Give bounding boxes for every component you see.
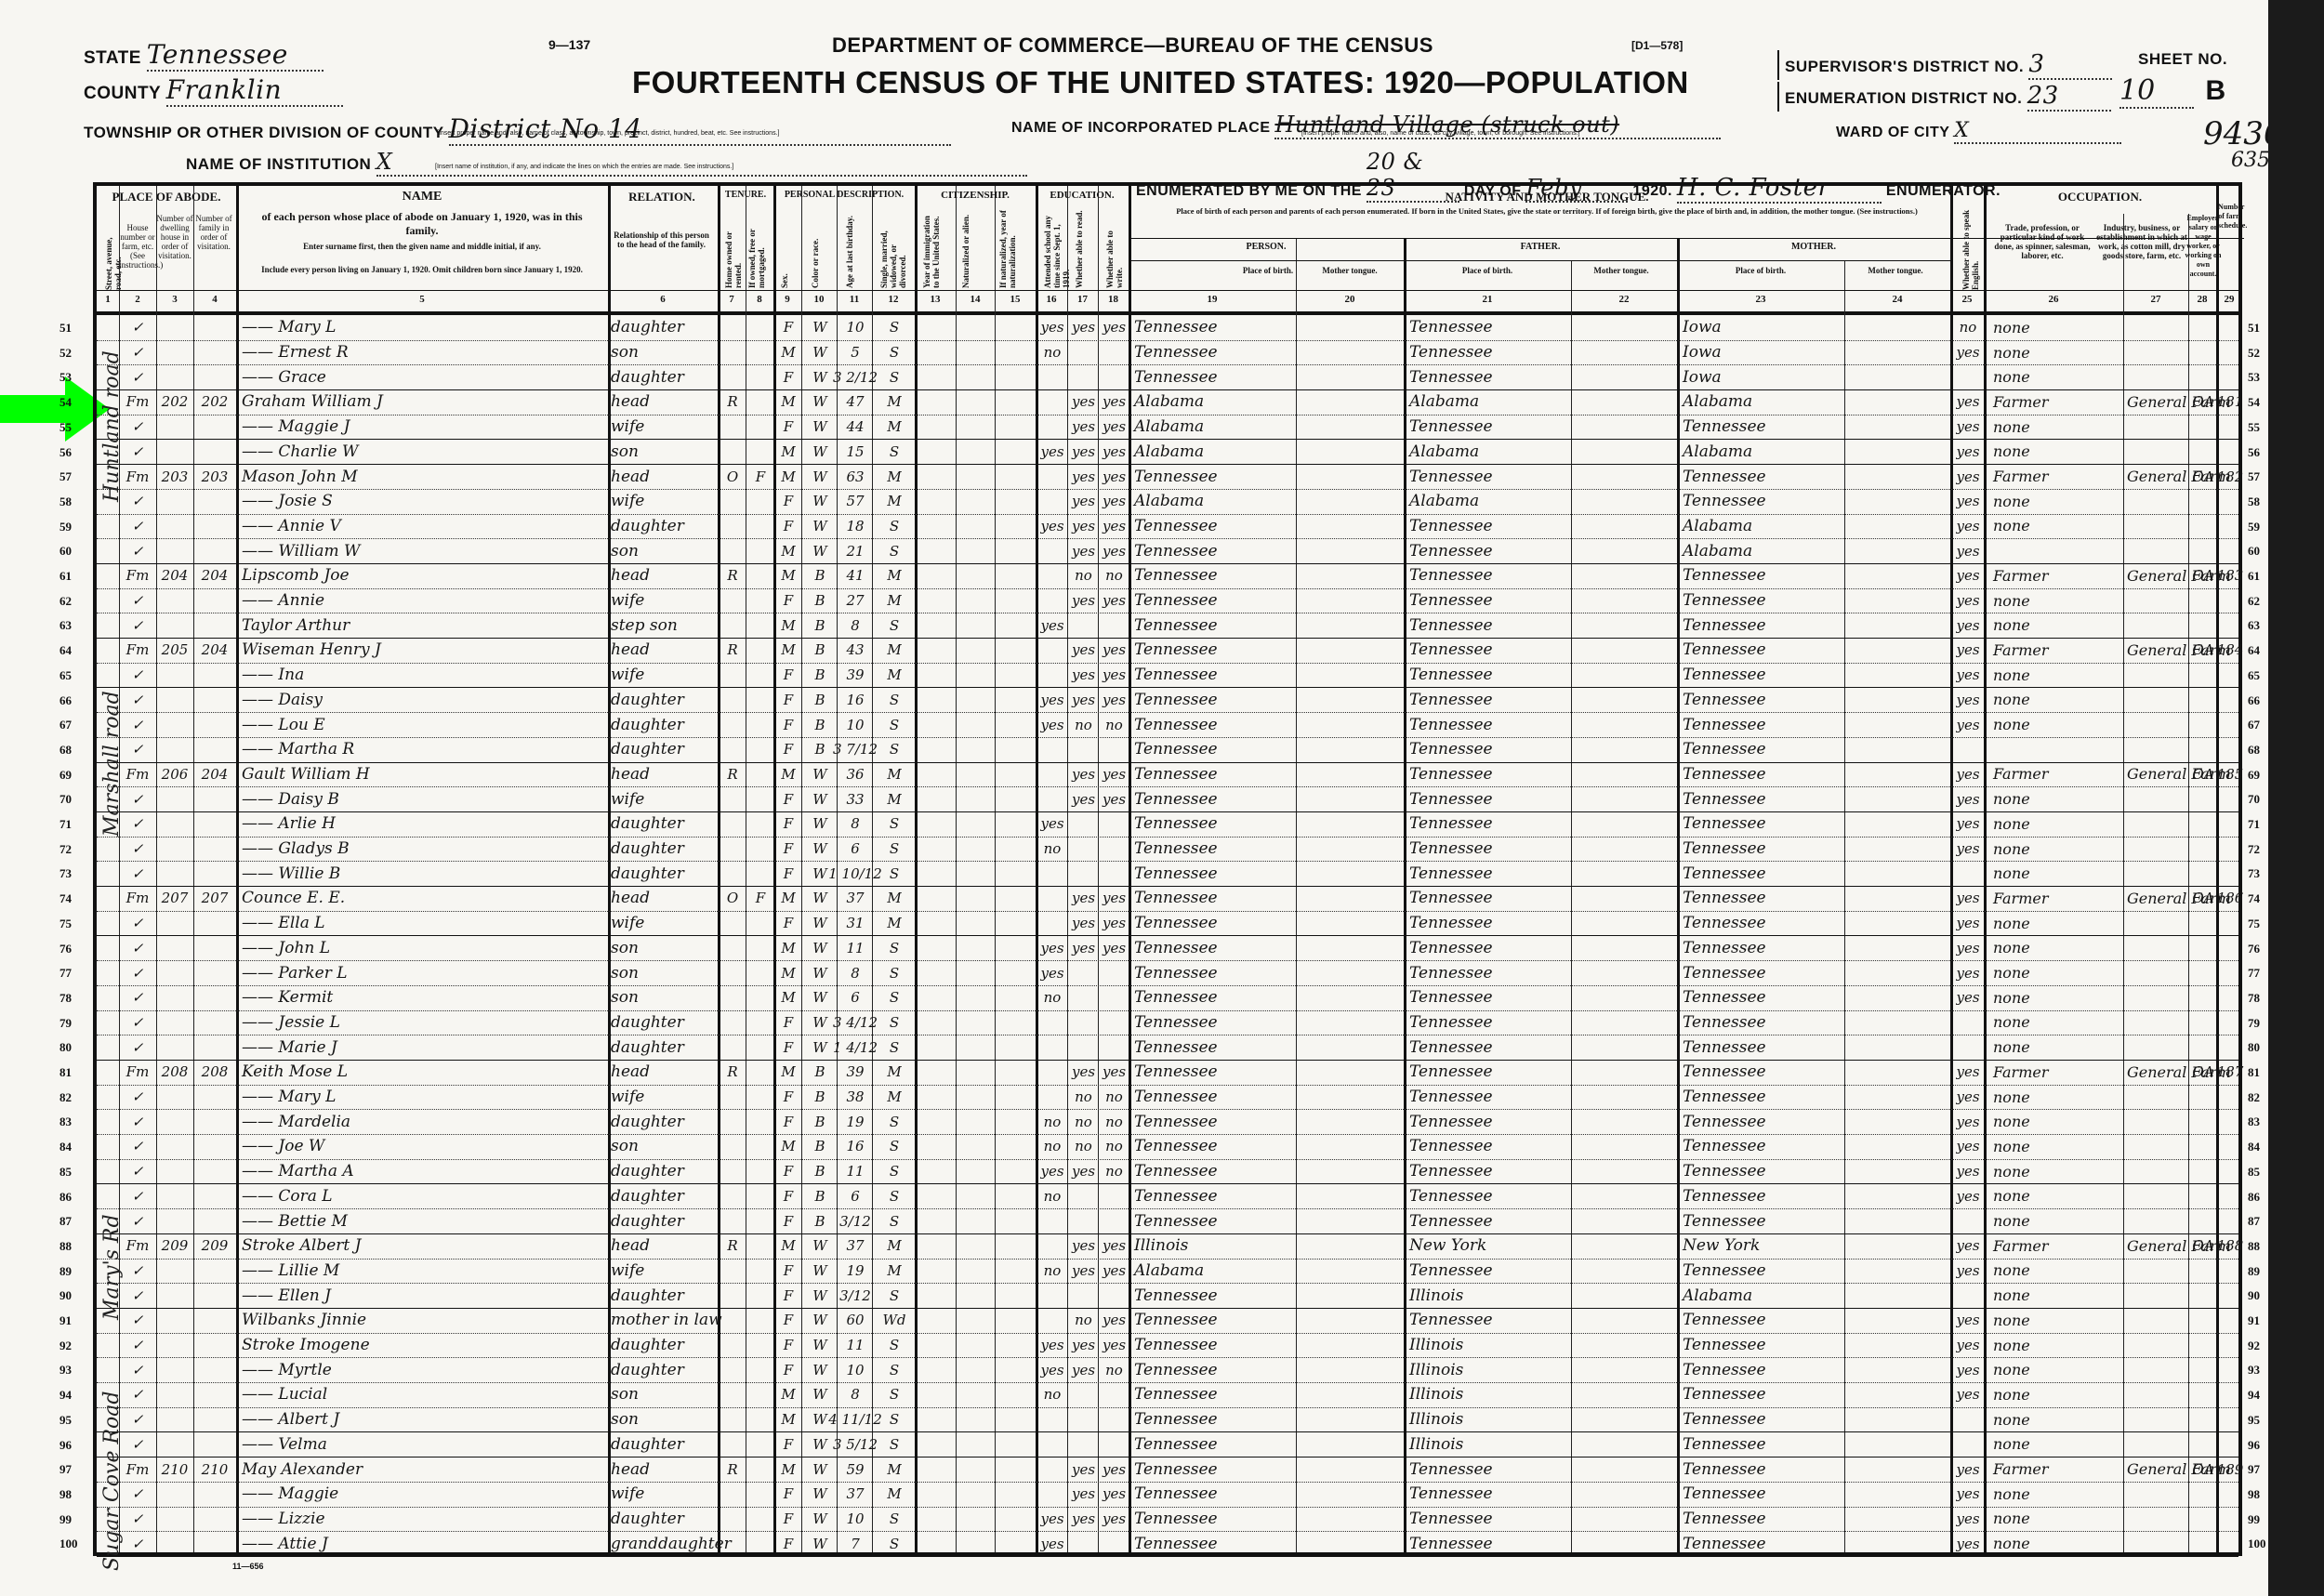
cell-occupation: Farmer — [1993, 886, 2123, 911]
cell-owned-free: F — [747, 886, 773, 911]
cell-able-to-write: yes — [1100, 911, 1129, 936]
table-row: Fm210210May AlexanderheadRMW59MyesyesTen… — [97, 1457, 2238, 1483]
cell-family-number — [193, 1482, 236, 1507]
cell-relation: daughter — [611, 315, 718, 340]
col-22-label: Mother tongue. — [1565, 266, 1677, 275]
supervisor-value: 3 — [2028, 50, 2112, 80]
cell-attended-school — [1037, 638, 1067, 663]
cell-sex: F — [775, 737, 801, 762]
cell-home-owned — [720, 1259, 746, 1284]
cell-attended-school: no — [1037, 1382, 1067, 1407]
cell-attended-school — [1037, 588, 1067, 613]
cell-occupation: none — [1993, 712, 2123, 737]
cell-birthplace: Tennessee — [1134, 886, 1296, 911]
cell-mother-birthplace: Tennessee — [1683, 1531, 1844, 1556]
cell-industry — [2127, 1010, 2188, 1035]
cell-name: —— Lou E — [242, 712, 608, 737]
cell-birthplace: Alabama — [1134, 415, 1296, 440]
cell-able-to-write — [1100, 1184, 1129, 1209]
line-number: 77 — [59, 966, 72, 981]
table-row: ✓—— Maggie JwifeFW44MyesyesAlabamaTennes… — [97, 415, 2238, 441]
cell-farm-schedule — [2218, 514, 2242, 539]
col-num-5: 5 — [236, 294, 608, 305]
cell-relation: daughter — [611, 1357, 718, 1382]
cell-relation: daughter — [611, 1109, 718, 1134]
cell-father-birthplace: Tennessee — [1409, 415, 1571, 440]
cell-age: 3 4/12 — [838, 1010, 872, 1035]
cell-marital-status: S — [874, 1357, 915, 1382]
cell-owned-free — [747, 1109, 773, 1134]
cell-attended-school: yes — [1037, 1531, 1067, 1556]
cell-father-birthplace: Tennessee — [1409, 464, 1571, 489]
cell-owned-free — [747, 538, 773, 563]
cell-father-birthplace: Tennessee — [1409, 364, 1571, 389]
cell-marital-status: M — [874, 786, 915, 811]
cell-father-birthplace: Tennessee — [1409, 588, 1571, 613]
cell-farm-schedule — [2218, 712, 2242, 737]
cell-age: 63 — [838, 464, 872, 489]
cell-marital-status: S — [874, 1159, 915, 1184]
cell-industry — [2127, 1507, 2188, 1532]
cell-farm-schedule — [2218, 1531, 2242, 1556]
cell-relation: wife — [611, 1085, 718, 1110]
table-row: ✓—— MyrtledaughterFW10SyesyesnoTennessee… — [97, 1357, 2238, 1383]
cell-race: B — [803, 737, 837, 762]
cell-occupation: none — [1993, 1432, 2123, 1458]
col-num-15: 15 — [995, 294, 1036, 305]
cell-farm-schedule — [2218, 315, 2242, 340]
cell-worker-class — [2190, 315, 2216, 340]
cell-speaks-english: yes — [1952, 440, 1984, 465]
table-row: ✓—— Lillie MwifeFW19MnoyesyesAlabamaTenn… — [97, 1259, 2238, 1285]
cell-sex: M — [775, 1382, 801, 1407]
cell-farm-schedule: 189 — [2218, 1457, 2242, 1482]
col-14-label: Naturalized or alien. — [961, 210, 971, 288]
cell-name: Stroke Albert J — [242, 1233, 608, 1259]
cell-farm-schedule — [2218, 1507, 2242, 1532]
table-row: Fm202202Graham William JheadRMW47Myesyes… — [97, 389, 2238, 415]
cell-able-to-write — [1100, 1407, 1129, 1432]
group-occupation: OCCUPATION. — [1988, 190, 2212, 204]
cell-mother-birthplace: Alabama — [1683, 389, 1844, 415]
cell-occupation: none — [1993, 936, 2123, 961]
cell-race: B — [803, 1060, 837, 1085]
cell-house-number: ✓ — [119, 1432, 156, 1458]
cell-dwelling-number — [156, 1283, 193, 1308]
cell-able-to-write — [1100, 1035, 1129, 1060]
cell-attended-school: no — [1037, 340, 1067, 365]
cell-speaks-english — [1952, 861, 1984, 886]
cell-farm-schedule — [2218, 1184, 2242, 1209]
cell-marital-status: S — [874, 440, 915, 465]
line-number: 52 — [59, 346, 72, 361]
cell-sex: M — [775, 960, 801, 985]
cell-farm-schedule — [2218, 538, 2242, 563]
cell-owned-free — [747, 563, 773, 588]
cell-worker-class — [2190, 1159, 2216, 1184]
cell-farm-schedule — [2218, 1482, 2242, 1507]
cell-name: —— Cora L — [242, 1184, 608, 1209]
cell-farm-schedule — [2218, 1308, 2242, 1333]
table-row: Fm206204Gault William HheadRMW36MyesyesT… — [97, 762, 2238, 788]
cell-attended-school: yes — [1037, 613, 1067, 638]
cell-industry: General Farm — [2127, 1457, 2188, 1482]
group-father: FATHER. — [1404, 242, 1677, 252]
line-number: 87 — [59, 1214, 72, 1229]
cell-sex: M — [775, 1457, 801, 1482]
cell-race: W — [803, 1457, 837, 1482]
cell-farm-schedule — [2218, 688, 2242, 713]
cell-occupation: Farmer — [1993, 1233, 2123, 1259]
cell-house-number: ✓ — [119, 1134, 156, 1159]
col-23-label: Place of birth. — [1677, 266, 1844, 275]
cell-home-owned — [720, 1134, 746, 1159]
cell-relation: daughter — [611, 1333, 718, 1358]
cell-worker-class — [2190, 1085, 2216, 1110]
line-number: 84 — [59, 1140, 72, 1154]
cell-home-owned — [720, 1531, 746, 1556]
cell-owned-free — [747, 1184, 773, 1209]
cell-able-to-read: yes — [1069, 1233, 1098, 1259]
cell-family-number — [193, 1283, 236, 1308]
cell-sex: F — [775, 489, 801, 514]
cell-home-owned: O — [720, 886, 746, 911]
cell-sex: F — [775, 1482, 801, 1507]
cell-marital-status: S — [874, 1184, 915, 1209]
cell-occupation: Farmer — [1993, 638, 2123, 663]
cell-attended-school — [1037, 1208, 1067, 1233]
cell-industry — [2127, 1531, 2188, 1556]
cell-house-number: ✓ — [119, 1507, 156, 1532]
table-row: ✓—— Martha AdaughterFB11SyesyesnoTenness… — [97, 1159, 2238, 1185]
cell-able-to-write — [1100, 1432, 1129, 1458]
cell-race: W — [803, 1482, 837, 1507]
cell-family-number — [193, 315, 236, 340]
cell-occupation: none — [1993, 1109, 2123, 1134]
cell-industry: General Farm — [2127, 389, 2188, 415]
cell-birthplace: Tennessee — [1134, 985, 1296, 1010]
occupation-27-label: Industry, business, or establishment in … — [2095, 223, 2188, 260]
cell-marital-status: S — [874, 861, 915, 886]
cell-mother-birthplace: Tennessee — [1683, 1407, 1844, 1432]
cell-industry — [2127, 837, 2188, 862]
cell-birthplace: Tennessee — [1134, 1382, 1296, 1407]
cell-speaks-english: yes — [1952, 811, 1984, 837]
cell-father-birthplace: Tennessee — [1409, 786, 1571, 811]
cell-dwelling-number — [156, 1159, 193, 1184]
col-15-label: If naturalized, year of naturalization. — [998, 210, 1017, 288]
cell-birthplace: Tennessee — [1134, 1432, 1296, 1458]
cell-mother-birthplace: Tennessee — [1683, 464, 1844, 489]
cell-mother-birthplace: Tennessee — [1683, 688, 1844, 713]
cell-speaks-english: yes — [1952, 1357, 1984, 1382]
cell-farm-schedule — [2218, 811, 2242, 837]
cell-attended-school — [1037, 737, 1067, 762]
cell-industry — [2127, 811, 2188, 837]
cell-name: —— Arlie H — [242, 811, 608, 837]
cell-sex: M — [775, 440, 801, 465]
cell-owned-free — [747, 1233, 773, 1259]
cell-mother-birthplace: Tennessee — [1683, 960, 1844, 985]
cell-attended-school — [1037, 1283, 1067, 1308]
cell-speaks-english: yes — [1952, 786, 1984, 811]
cell-able-to-read: yes — [1069, 1357, 1098, 1382]
cell-family-number — [193, 364, 236, 389]
cell-father-birthplace: Tennessee — [1409, 936, 1571, 961]
line-number: 58 — [2248, 495, 2260, 509]
table-row: ✓—— AnniewifeFB27MyesyesTennesseeTenness… — [97, 588, 2238, 614]
cell-house-number: ✓ — [119, 786, 156, 811]
cell-worker-class — [2190, 1507, 2216, 1532]
cell-dwelling-number — [156, 340, 193, 365]
cell-age: 19 — [838, 1259, 872, 1284]
cell-able-to-write — [1100, 811, 1129, 837]
cell-family-number: 208 — [193, 1060, 236, 1085]
table-row: ✓—— Charlie WsonMW15SyesyesyesAlabamaAla… — [97, 440, 2238, 466]
cell-race: B — [803, 1085, 837, 1110]
cell-able-to-read: no — [1069, 712, 1098, 737]
cell-farm-schedule — [2218, 960, 2242, 985]
cell-birthplace: Tennessee — [1134, 712, 1296, 737]
cell-house-number: ✓ — [119, 315, 156, 340]
cell-name: —— Velma — [242, 1432, 608, 1458]
cell-mother-birthplace: Tennessee — [1683, 861, 1844, 886]
cell-age: 3 7/12 — [838, 737, 872, 762]
cell-father-birthplace: Illinois — [1409, 1407, 1571, 1432]
cell-attended-school — [1037, 786, 1067, 811]
cell-family-number — [193, 538, 236, 563]
cell-age: 1 4/12 — [838, 1035, 872, 1060]
cell-birthplace: Tennessee — [1134, 762, 1296, 787]
cell-farm-schedule — [2218, 861, 2242, 886]
cell-speaks-english: yes — [1952, 1184, 1984, 1209]
cell-farm-schedule — [2218, 1134, 2242, 1159]
cell-relation: wife — [611, 1482, 718, 1507]
cell-house-number: ✓ — [119, 1035, 156, 1060]
cell-mother-birthplace: Tennessee — [1683, 1507, 1844, 1532]
cell-family-number — [193, 1507, 236, 1532]
cell-dwelling-number: 202 — [156, 389, 193, 415]
cell-name: —— Charlie W — [242, 440, 608, 465]
table-row: ✓—— Lou EdaughterFB10SyesnonoTennesseeTe… — [97, 712, 2238, 738]
cell-industry — [2127, 315, 2188, 340]
line-number: 62 — [59, 594, 72, 609]
col-num-18: 18 — [1098, 294, 1129, 305]
cell-able-to-read — [1069, 1010, 1098, 1035]
cell-sex: F — [775, 1531, 801, 1556]
cell-speaks-english: yes — [1952, 514, 1984, 539]
cell-family-number — [193, 1208, 236, 1233]
cell-house-number: ✓ — [119, 1407, 156, 1432]
line-number: 94 — [2248, 1388, 2260, 1403]
cell-family-number — [193, 786, 236, 811]
cell-house-number: Fm — [119, 464, 156, 489]
cell-dwelling-number — [156, 1134, 193, 1159]
cell-farm-schedule — [2218, 1382, 2242, 1407]
cell-marital-status: S — [874, 364, 915, 389]
cell-occupation: Farmer — [1993, 1457, 2123, 1482]
cell-father-birthplace: Tennessee — [1409, 1482, 1571, 1507]
cell-speaks-english: yes — [1952, 985, 1984, 1010]
cell-marital-status: S — [874, 985, 915, 1010]
col-num-1: 1 — [97, 294, 119, 305]
cell-home-owned — [720, 415, 746, 440]
cell-birthplace: Tennessee — [1134, 315, 1296, 340]
cell-birthplace: Tennessee — [1134, 811, 1296, 837]
cell-sex: M — [775, 389, 801, 415]
cell-mother-birthplace: Alabama — [1683, 538, 1844, 563]
cell-farm-schedule: 186 — [2218, 886, 2242, 911]
township-hint: [Insert proper name and, also, name of c… — [437, 130, 1032, 137]
relation-instructions: Relationship of this person to the head … — [613, 231, 710, 249]
cell-home-owned: R — [720, 762, 746, 787]
cell-age: 36 — [838, 762, 872, 787]
cell-farm-schedule — [2218, 837, 2242, 862]
incorporated-label: NAME OF INCORPORATED PLACE — [1011, 120, 1270, 136]
cell-able-to-write — [1100, 613, 1129, 638]
cell-occupation: none — [1993, 415, 2123, 440]
line-number: 64 — [59, 643, 72, 658]
institution-hint: [Insert name of institution, if any, and… — [435, 164, 1030, 170]
cell-able-to-read — [1069, 1035, 1098, 1060]
cell-farm-schedule — [2218, 1407, 2242, 1432]
line-number: 94 — [59, 1388, 72, 1403]
line-number: 93 — [59, 1363, 72, 1378]
cell-age: 31 — [838, 911, 872, 936]
cell-home-owned — [720, 364, 746, 389]
cell-race: W — [803, 1259, 837, 1284]
cell-mother-birthplace: Tennessee — [1683, 1333, 1844, 1358]
cell-name: —— Myrtle — [242, 1357, 608, 1382]
cell-worker-class — [2190, 364, 2216, 389]
cell-owned-free — [747, 1382, 773, 1407]
cell-sex: M — [775, 886, 801, 911]
margin-note-street: Huntland road — [100, 350, 124, 502]
cell-relation: head — [611, 464, 718, 489]
table-row: ✓—— Parker LsonMW8SyesTennesseeTennessee… — [97, 960, 2238, 986]
cell-age: 16 — [838, 688, 872, 713]
cell-house-number: ✓ — [119, 663, 156, 688]
table-row: Fm205204Wiseman Henry JheadRMB43MyesyesT… — [97, 638, 2238, 664]
cell-relation: daughter — [611, 712, 718, 737]
cell-mother-birthplace: Tennessee — [1683, 415, 1844, 440]
cell-father-birthplace: Tennessee — [1409, 1259, 1571, 1284]
cell-sex: F — [775, 1035, 801, 1060]
cell-marital-status: M — [874, 1085, 915, 1110]
cell-dwelling-number — [156, 588, 193, 613]
cell-dwelling-number — [156, 688, 193, 713]
cell-age: 7 — [838, 1531, 872, 1556]
cell-marital-status: M — [874, 663, 915, 688]
cell-marital-status: M — [874, 389, 915, 415]
cell-worker-class: OA — [2190, 464, 2216, 489]
cell-race: W — [803, 786, 837, 811]
cell-birthplace: Tennessee — [1134, 1060, 1296, 1085]
cell-marital-status: S — [874, 514, 915, 539]
cell-birthplace: Tennessee — [1134, 1333, 1296, 1358]
cell-farm-schedule: 184 — [2218, 638, 2242, 663]
cell-father-birthplace: Tennessee — [1409, 1010, 1571, 1035]
table-row: Fm207207Counce E. E.headOFMW37MyesyesTen… — [97, 886, 2238, 912]
cell-owned-free — [747, 1432, 773, 1458]
cell-farm-schedule — [2218, 1109, 2242, 1134]
cell-able-to-read: yes — [1069, 464, 1098, 489]
cell-owned-free — [747, 960, 773, 985]
cell-occupation: none — [1993, 1308, 2123, 1333]
cell-owned-free — [747, 1482, 773, 1507]
table-row: Fm203203Mason John MheadOFMW63MyesyesTen… — [97, 464, 2238, 490]
cell-occupation: none — [1993, 1085, 2123, 1110]
cell-owned-free — [747, 1357, 773, 1382]
cell-race: W — [803, 1432, 837, 1458]
cell-house-number: Fm — [119, 563, 156, 588]
cell-mother-birthplace: Tennessee — [1683, 1109, 1844, 1134]
cell-occupation: none — [1993, 1159, 2123, 1184]
cell-occupation: none — [1993, 663, 2123, 688]
cell-mother-birthplace: Tennessee — [1683, 1308, 1844, 1333]
table-row: ✓—— Bettie MdaughterFB3/12STennesseeTenn… — [97, 1208, 2238, 1234]
cell-family-number — [193, 1357, 236, 1382]
institution-label: NAME OF INSTITUTION — [186, 155, 371, 173]
cell-family-number: 204 — [193, 563, 236, 588]
col-num-22: 22 — [1571, 294, 1677, 305]
cell-sex: F — [775, 712, 801, 737]
cell-able-to-read: yes — [1069, 415, 1098, 440]
cell-father-birthplace: Illinois — [1409, 1333, 1571, 1358]
cell-worker-class — [2190, 1482, 2216, 1507]
cell-occupation: none — [1993, 1531, 2123, 1556]
cell-worker-class — [2190, 712, 2216, 737]
cell-attended-school — [1037, 489, 1067, 514]
col-num-3: 3 — [156, 294, 193, 305]
cell-sex: F — [775, 663, 801, 688]
cell-relation: wife — [611, 911, 718, 936]
cell-dwelling-number — [156, 315, 193, 340]
cell-dwelling-number — [156, 811, 193, 837]
cell-mother-birthplace: Tennessee — [1683, 1457, 1844, 1482]
cell-marital-status: M — [874, 563, 915, 588]
cell-birthplace: Tennessee — [1134, 1308, 1296, 1333]
cell-attended-school: yes — [1037, 688, 1067, 713]
cell-sex: F — [775, 911, 801, 936]
cell-speaks-english: yes — [1952, 588, 1984, 613]
line-number: 96 — [2248, 1438, 2260, 1453]
cell-marital-status: S — [874, 811, 915, 837]
cell-name: Mason John M — [242, 464, 608, 489]
cell-speaks-english: yes — [1952, 837, 1984, 862]
cell-marital-status: S — [874, 1507, 915, 1532]
cell-name: —— Kermit — [242, 985, 608, 1010]
cell-worker-class — [2190, 786, 2216, 811]
cell-house-number: ✓ — [119, 588, 156, 613]
line-number: 69 — [59, 768, 72, 783]
cell-owned-free — [747, 762, 773, 787]
cell-marital-status: S — [874, 1208, 915, 1233]
cell-marital-status: M — [874, 638, 915, 663]
cell-sex: M — [775, 1060, 801, 1085]
cell-marital-status: S — [874, 1382, 915, 1407]
supervisor-field: SUPERVISOR'S DISTRICT NO. 3 — [1777, 50, 2112, 80]
cell-house-number: ✓ — [119, 1283, 156, 1308]
cell-occupation: none — [1993, 1283, 2123, 1308]
cell-father-birthplace: Illinois — [1409, 1357, 1571, 1382]
cell-speaks-english: yes — [1952, 489, 1984, 514]
cell-age: 16 — [838, 1134, 872, 1159]
cell-name: —— Parker L — [242, 960, 608, 985]
cell-industry — [2127, 613, 2188, 638]
cell-name: Wiseman Henry J — [242, 638, 608, 663]
cell-age: 8 — [838, 960, 872, 985]
